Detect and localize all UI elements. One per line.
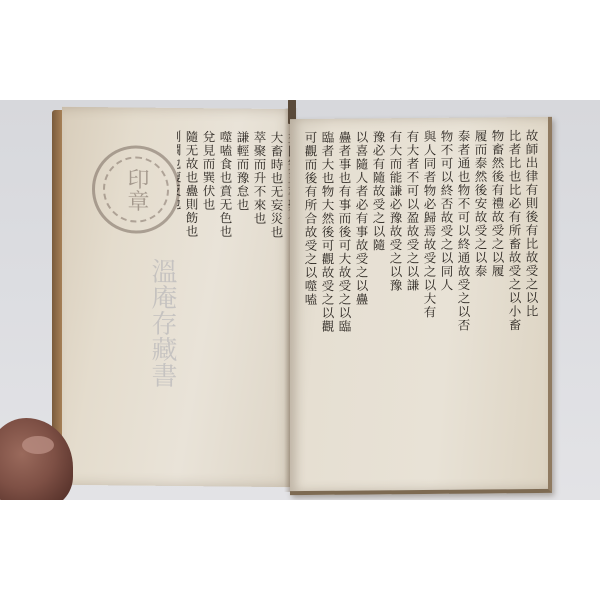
text-column: 臨者大也物大然後可觀故受之以觀: [319, 131, 336, 476]
right-page-text: 故師出律有則後有比故受之以比 比者比也比必有所畜故受之以小畜 物畜然後有禮故受之…: [302, 129, 540, 476]
text-column: 可觀而後有所合故受之以噬嗑: [302, 131, 319, 476]
photo-background: 印章 溫庵存藏書 益國賓王萃聚也 大畜時也无妄災也 萃聚而升不來也 謙輕而豫怠也…: [0, 100, 600, 500]
text-column: 比者比也比必有所畜故受之以小畜: [506, 129, 523, 474]
text-column: 剝爛也復反也: [177, 130, 183, 480]
text-column: 噬嗑食也賁无色也: [217, 130, 234, 480]
text-column: 以喜隨人者必有事故受之以蠱: [353, 130, 370, 475]
text-column: 大畜時也无妄災也: [268, 131, 285, 481]
text-column: 有大而能謙必豫故受之以豫: [387, 130, 404, 475]
text-column: 豫必有隨故受之以隨: [370, 130, 387, 475]
text-column: 隨无故也蠱則飭也: [183, 130, 200, 480]
text-column: 泰者通也物不可以終通故受之以否: [455, 130, 472, 475]
text-column: 兌見而巽伏也: [200, 130, 217, 480]
text-column: 履而泰然後安故受之以泰: [472, 129, 489, 474]
open-book: 印章 溫庵存藏書 益國賓王萃聚也 大畜時也无妄災也 萃聚而升不來也 謙輕而豫怠也…: [52, 104, 552, 496]
text-column: 有大者不可以盈故受之以謙: [404, 130, 421, 475]
text-column: 萃聚而升不來也: [251, 131, 268, 481]
text-column: 謙輕而豫怠也: [234, 131, 251, 481]
text-column: 與人同者物必歸焉故受之以大有: [421, 130, 438, 475]
text-column: 蠱者事也有事而後可大故受之以臨: [336, 131, 353, 476]
seal-glyphs: 印章: [103, 156, 169, 223]
left-page: 印章 溫庵存藏書 益國賓王萃聚也 大畜時也无妄災也 萃聚而升不來也 謙輕而豫怠也…: [62, 107, 296, 487]
red-seal-stamp: 印章: [92, 145, 180, 234]
text-column: 物不可以終否故受之以同人: [438, 130, 455, 475]
thumbnail-nail: [22, 436, 54, 454]
right-page: 故師出律有則後有比故受之以比 比者比也比必有所畜故受之以小畜 物畜然後有禮故受之…: [290, 117, 552, 495]
text-column: 故師出律有則後有比故受之以比: [523, 129, 540, 474]
ink-bleed-through: 溫庵存藏書: [142, 258, 182, 478]
text-column: 物畜然後有禮故受之以履: [489, 129, 506, 474]
